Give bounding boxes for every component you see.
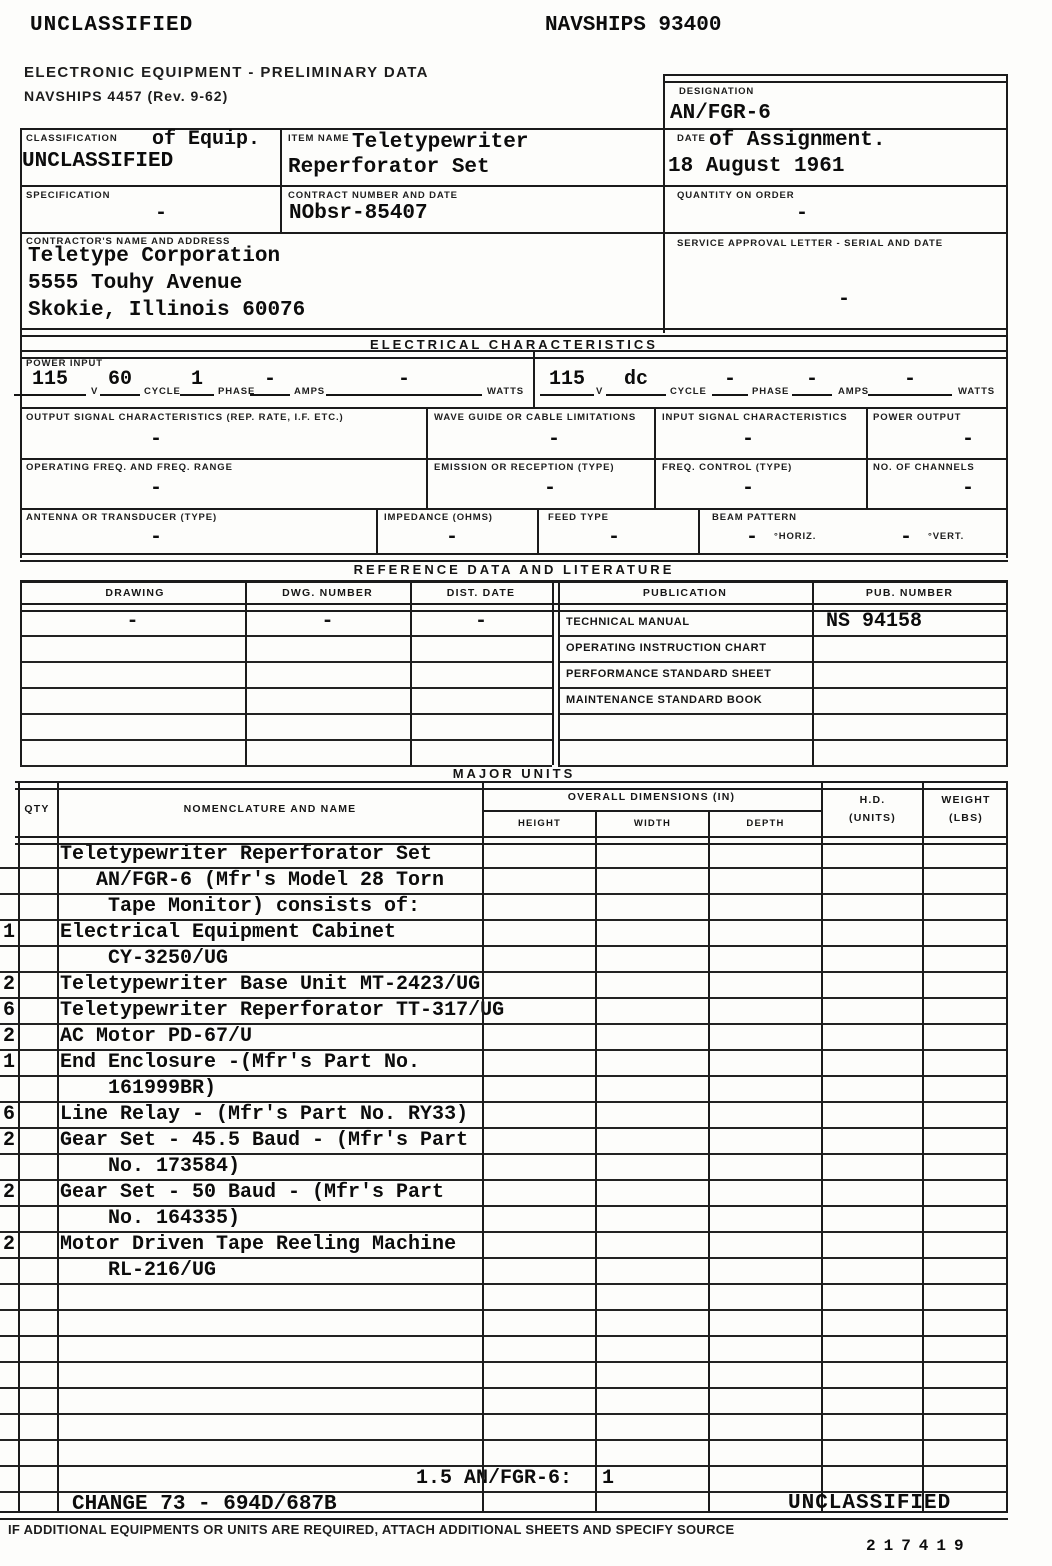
col-width: WIDTH bbox=[597, 818, 708, 829]
output-signal-label: OUTPUT SIGNAL CHARACTERISTICS (REP. RATE… bbox=[26, 412, 344, 424]
electrical-section-title: ELECTRICAL CHARACTERISTICS bbox=[20, 337, 1008, 352]
major-unit-row bbox=[0, 1309, 1008, 1337]
input-signal-value: - bbox=[742, 430, 754, 450]
beam-vert-label: °VERT. bbox=[928, 531, 964, 543]
contractor-line1: Teletype Corporation bbox=[28, 245, 280, 268]
freq-control-label: FREQ. CONTROL (TYPE) bbox=[662, 462, 792, 474]
feed-type-value: - bbox=[608, 528, 620, 548]
dc-volts-field: 115 bbox=[540, 368, 594, 396]
dc-cycle-label: CYCLE bbox=[670, 386, 707, 398]
pub-number-value: NS 94158 bbox=[826, 611, 922, 633]
col-qty: QTY bbox=[15, 803, 59, 816]
specification-value: - bbox=[155, 204, 167, 224]
major-unit-row: No. 164335) bbox=[0, 1205, 1008, 1233]
dc-amps-field: - bbox=[868, 368, 952, 396]
dc-current-type-field: dc bbox=[606, 368, 666, 396]
page-ref-height-value: 1 bbox=[602, 1468, 614, 1490]
major-unit-row: 1End Enclosure -(Mfr's Part No. bbox=[0, 1049, 1008, 1077]
major-unit-row: 161999BR) bbox=[0, 1075, 1008, 1103]
major-unit-row: 2Gear Set - 50 Baud - (Mfr's Part bbox=[0, 1179, 1008, 1207]
ac-cycle-field: 60 bbox=[100, 368, 140, 396]
quantity-on-order-value: - bbox=[796, 204, 808, 224]
drawing-row bbox=[20, 635, 552, 663]
dc-watts-label: WATTS bbox=[958, 386, 995, 398]
drawing-cell: - bbox=[20, 612, 245, 632]
freq-control-value: - bbox=[742, 479, 754, 499]
beam-vert-value: - bbox=[900, 528, 912, 548]
major-unit-row bbox=[0, 1361, 1008, 1389]
additional-sheets-note: IF ADDITIONAL EQUIPMENTS OR UNITS ARE RE… bbox=[8, 1522, 734, 1538]
beam-horiz-label: °HORIZ. bbox=[774, 531, 816, 543]
col-weight-lbs: (LBS) bbox=[924, 812, 1008, 825]
col-dist-date: DIST. DATE bbox=[412, 587, 550, 600]
classification-note: of Equip. bbox=[152, 129, 260, 151]
designation-label: DESIGNATION bbox=[679, 86, 754, 98]
col-dwg-number: DWG. NUMBER bbox=[250, 587, 405, 600]
ac-amps-field: - bbox=[250, 368, 290, 396]
major-unit-row bbox=[0, 1387, 1008, 1415]
major-unit-row: 2Motor Driven Tape Reeling Machine bbox=[0, 1231, 1008, 1259]
emission-label: EMISSION OR RECEPTION (TYPE) bbox=[434, 462, 614, 474]
dc-volts-unit-label: V bbox=[596, 386, 603, 398]
major-unit-row: 2AC Motor PD-67/U bbox=[0, 1023, 1008, 1051]
col-drawing: DRAWING bbox=[60, 587, 210, 600]
power-output-label: POWER OUTPUT bbox=[873, 412, 961, 424]
service-approval-value: - bbox=[838, 290, 850, 310]
item-name-line1: Teletypewriter bbox=[352, 131, 528, 154]
contractor-line2: 5555 Touhy Avenue bbox=[28, 272, 242, 295]
publication-name: PERFORMANCE STANDARD SHEET bbox=[566, 668, 771, 680]
bottom-classification-stamp: UNCLASSIFIED bbox=[788, 1492, 951, 1515]
col-height: HEIGHT bbox=[484, 818, 595, 829]
major-unit-row: 6Line Relay - (Mfr's Part No. RY33) bbox=[0, 1101, 1008, 1129]
waveguide-label: WAVE GUIDE OR CABLE LIMITATIONS bbox=[434, 412, 636, 424]
ac-volts-unit-label: V bbox=[91, 386, 98, 398]
date-note: of Assignment. bbox=[709, 129, 885, 152]
operating-freq-value: - bbox=[150, 479, 162, 499]
col-hd: H.D. bbox=[823, 794, 922, 807]
reference-section-title: REFERENCE DATA AND LITERATURE bbox=[20, 562, 1008, 577]
major-units-section-title: MAJOR UNITS bbox=[20, 766, 1008, 781]
feed-type-label: FEED TYPE bbox=[548, 512, 609, 524]
form-number: NAVSHIPS 4457 (Rev. 9-62) bbox=[24, 88, 228, 106]
publication-row: PERFORMANCE STANDARD SHEET bbox=[558, 661, 1008, 689]
emission-value: - bbox=[544, 479, 556, 499]
major-unit-row: 1Electrical Equipment Cabinet bbox=[0, 919, 1008, 947]
ac-watts-field: - bbox=[326, 368, 482, 396]
drawing-row: - - - bbox=[20, 609, 552, 637]
item-name-label: ITEM NAME bbox=[288, 133, 349, 145]
publication-name: TECHNICAL MANUAL bbox=[566, 616, 690, 628]
col-weight: WEIGHT bbox=[924, 794, 1008, 807]
dc-phase-field: - bbox=[792, 368, 832, 396]
form-page: UNCLASSIFIED NAVSHIPS 93400 ELECTRONIC E… bbox=[0, 0, 1052, 1566]
ac-amps-label: AMPS bbox=[294, 386, 325, 398]
drawing-row bbox=[20, 661, 552, 689]
major-unit-row: 2Teletypewriter Base Unit MT-2423/UG bbox=[0, 971, 1008, 999]
dist-date-cell: - bbox=[410, 612, 552, 632]
dc-amps-label: AMPS bbox=[838, 386, 869, 398]
output-signal-value: - bbox=[150, 430, 162, 450]
contract-value: NObsr-85407 bbox=[289, 202, 428, 225]
operating-freq-label: OPERATING FREQ. AND FREQ. RANGE bbox=[26, 462, 233, 474]
publication-row bbox=[558, 713, 1008, 741]
service-approval-label: SERVICE APPROVAL LETTER - SERIAL AND DAT… bbox=[677, 238, 943, 250]
form-title: ELECTRONIC EQUIPMENT - PRELIMINARY DATA bbox=[24, 64, 429, 83]
major-unit-row: AN/FGR-6 (Mfr's Model 28 Torn bbox=[0, 867, 1008, 895]
antenna-value: - bbox=[150, 528, 162, 548]
major-unit-row bbox=[0, 1335, 1008, 1363]
contractor-line3: Skokie, Illinois 60076 bbox=[28, 299, 305, 322]
specification-label: SPECIFICATION bbox=[26, 190, 110, 202]
major-unit-row: 2Gear Set - 45.5 Baud - (Mfr's Part bbox=[0, 1127, 1008, 1155]
dc-cycle-field: - bbox=[712, 368, 748, 396]
antenna-label: ANTENNA OR TRANSDUCER (TYPE) bbox=[26, 512, 217, 524]
ac-watts-label: WATTS bbox=[487, 386, 524, 398]
channels-value: - bbox=[962, 479, 974, 499]
col-publication: PUBLICATION bbox=[580, 587, 790, 600]
designation-value: AN/FGR-6 bbox=[670, 102, 771, 125]
contract-label: CONTRACT NUMBER AND DATE bbox=[288, 190, 458, 202]
input-signal-label: INPUT SIGNAL CHARACTERISTICS bbox=[662, 412, 847, 424]
major-unit-row bbox=[0, 1283, 1008, 1311]
major-unit-row: CY-3250/UG bbox=[0, 945, 1008, 973]
publication-row: TECHNICAL MANUAL NS 94158 bbox=[558, 609, 1008, 637]
publication-row: MAINTENANCE STANDARD BOOK bbox=[558, 687, 1008, 715]
date-value: 18 August 1961 bbox=[668, 155, 844, 178]
channels-label: NO. OF CHANNELS bbox=[873, 462, 975, 474]
page-ref-row: 1.5 AN/FGR-6: 1 bbox=[0, 1465, 1008, 1493]
power-output-value: - bbox=[962, 430, 974, 450]
serial-number: 217419 bbox=[866, 1538, 972, 1556]
col-nomenclature: NOMENCLATURE AND NAME bbox=[120, 803, 420, 816]
date-label: DATE bbox=[677, 133, 706, 145]
drawing-row bbox=[20, 739, 552, 767]
ac-phase-field: 1 bbox=[180, 368, 214, 396]
classification-label: CLASSIFICATION bbox=[26, 133, 118, 145]
publication-name: MAINTENANCE STANDARD BOOK bbox=[566, 694, 762, 706]
ac-cycle-label: CYCLE bbox=[144, 386, 181, 398]
publication-name: OPERATING INSTRUCTION CHART bbox=[566, 642, 767, 654]
major-unit-row: RL-216/UG bbox=[0, 1257, 1008, 1285]
quantity-on-order-label: QUANTITY ON ORDER bbox=[677, 190, 795, 202]
classification-value: UNCLASSIFIED bbox=[22, 150, 173, 173]
major-unit-row: Teletypewriter Reperforator Set bbox=[0, 841, 1008, 869]
major-unit-row: Tape Monitor) consists of: bbox=[0, 893, 1008, 921]
major-unit-row bbox=[0, 1413, 1008, 1441]
navships-ref: NAVSHIPS 93400 bbox=[545, 14, 721, 37]
major-unit-row: 6Teletypewriter Reperforator TT-317/UG bbox=[0, 997, 1008, 1025]
drawing-row bbox=[20, 687, 552, 715]
waveguide-value: - bbox=[548, 430, 560, 450]
item-name-line2: Reperforator Set bbox=[288, 156, 490, 179]
dc-phase-label: PHASE bbox=[752, 386, 789, 398]
page-ref: 1.5 AN/FGR-6: bbox=[416, 1468, 572, 1490]
ac-volts-field: 115 bbox=[14, 368, 86, 396]
major-unit-row: No. 173584) bbox=[0, 1153, 1008, 1181]
rule bbox=[663, 74, 1008, 83]
beam-horiz-value: - bbox=[746, 528, 758, 548]
impedance-label: IMPEDANCE (OHMS) bbox=[384, 512, 493, 524]
major-unit-row bbox=[0, 1439, 1008, 1467]
change-note: CHANGE 73 - 694D/687B bbox=[72, 1493, 337, 1516]
dwg-number-cell: - bbox=[245, 612, 410, 632]
impedance-value: - bbox=[446, 528, 458, 548]
publication-row bbox=[558, 739, 1008, 767]
col-overall-dimensions: OVERALL DIMENSIONS (IN) bbox=[482, 791, 821, 804]
col-depth: DEPTH bbox=[710, 818, 821, 829]
beam-pattern-label: BEAM PATTERN bbox=[712, 512, 797, 524]
drawing-row bbox=[20, 713, 552, 741]
publication-row: OPERATING INSTRUCTION CHART bbox=[558, 635, 1008, 663]
top-classification-stamp: UNCLASSIFIED bbox=[30, 14, 193, 37]
col-pub-number: PUB. NUMBER bbox=[822, 587, 997, 600]
col-hd-units: (UNITS) bbox=[823, 812, 922, 825]
